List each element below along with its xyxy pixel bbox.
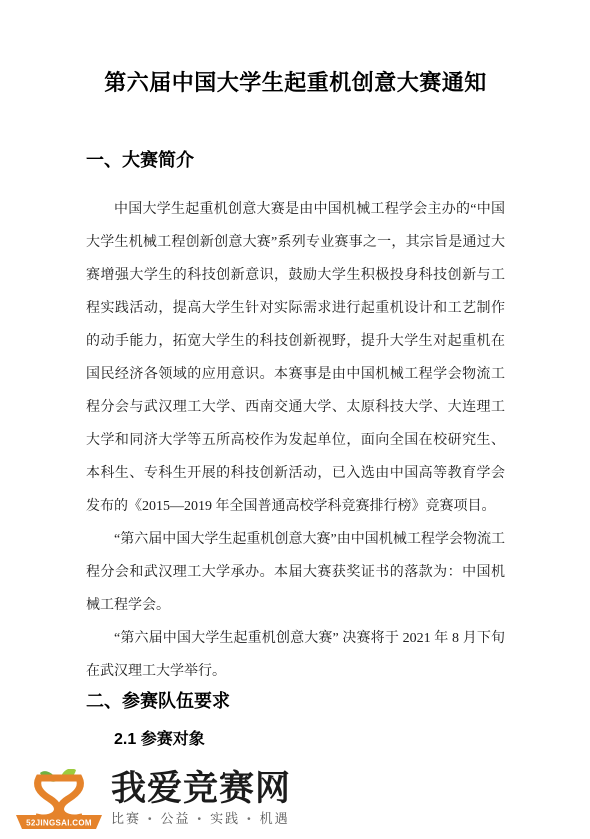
- cup-left-stroke: [38, 778, 58, 818]
- section-1-heading: 一、大赛简介: [86, 147, 505, 173]
- tagline-item-2: 公益: [161, 811, 191, 826]
- section-1-paragraph-2: “第六届中国大学生起重机创意大赛”由中国机械工程学会物流工程分会和武汉理工大学承…: [86, 523, 505, 622]
- trophy-52-logo-icon: 52JINGSAI.COM: [16, 769, 102, 829]
- site-tagline: 比赛•公益•实践•机遇: [111, 811, 291, 828]
- tagline-item-1: 比赛: [111, 811, 141, 826]
- section-2-heading: 二、参赛队伍要求: [86, 688, 505, 714]
- tagline-dot-icon: •: [198, 812, 204, 828]
- tagline-item-4: 机遇: [260, 811, 290, 826]
- tagline-item-3: 实践: [210, 811, 240, 826]
- tagline-dot-icon: •: [148, 812, 154, 828]
- tagline-dot-icon: •: [247, 812, 253, 828]
- site-name: 我爱竞赛网: [111, 770, 291, 808]
- section-1-paragraph-3: “第六届中国大学生起重机创意大赛” 决赛将于 2021 年 8 月下旬在武汉理工…: [86, 622, 505, 688]
- cup-right-stroke: [60, 778, 80, 818]
- subsection-2-1-heading: 2.1 参赛对象: [86, 728, 505, 752]
- section-1-paragraph-1: 中国大学生起重机创意大赛是由中国机械工程学会主办的“中国大学生机械工程创新创意大…: [86, 193, 505, 523]
- site-name-block: 我爱竞赛网 比赛•公益•实践•机遇: [111, 770, 291, 829]
- document-content: 第六届中国大学生起重机创意大赛通知 一、大赛简介 中国大学生起重机创意大赛是由中…: [0, 0, 590, 752]
- page-title: 第六届中国大学生起重机创意大赛通知: [86, 68, 505, 98]
- document-page: 第六届中国大学生起重机创意大赛通知 一、大赛简介 中国大学生起重机创意大赛是由中…: [0, 0, 590, 839]
- logo-domain-text: 52JINGSAI.COM: [26, 819, 92, 828]
- site-watermark: 52JINGSAI.COM 我爱竞赛网 比赛•公益•实践•机遇: [16, 769, 291, 829]
